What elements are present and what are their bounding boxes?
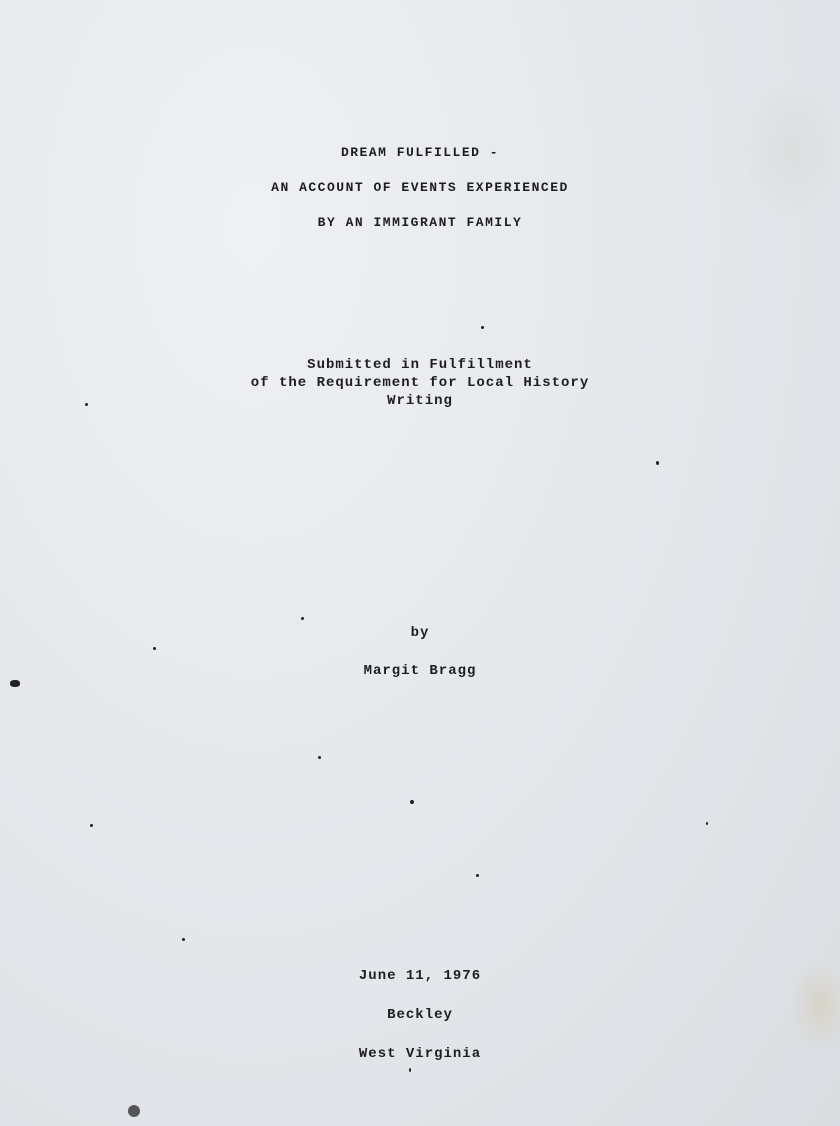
title-line-2: AN ACCOUNT OF EVENTS EXPERIENCED [0,180,840,195]
by-label: by [0,625,840,641]
ink-speck [410,800,414,804]
author-name: Margit Bragg [0,663,840,679]
ink-speck [481,326,484,329]
state: West Virginia [0,1046,840,1062]
ink-speck [182,938,185,941]
ink-speck [706,822,708,825]
ink-speck [301,617,304,620]
ink-blot [10,680,20,687]
date: June 11, 1976 [0,968,840,984]
ink-speck [656,461,659,465]
city: Beckley [0,1007,840,1023]
title-line-1: DREAM FULFILLED - [0,145,840,160]
ink-speck [153,647,156,650]
ink-blot [128,1105,140,1117]
ink-speck [318,756,321,759]
typewritten-title-page: DREAM FULFILLED - AN ACCOUNT OF EVENTS E… [0,0,840,1126]
ink-speck [476,874,479,877]
title-line-3: BY AN IMMIGRANT FAMILY [0,215,840,230]
ink-speck [85,403,88,406]
submission-line-3: Writing [0,393,840,409]
submission-line-2: of the Requirement for Local History [0,375,840,391]
submission-line-1: Submitted in Fulfillment [0,357,840,373]
ink-speck [409,1068,411,1072]
ink-speck [90,824,93,827]
